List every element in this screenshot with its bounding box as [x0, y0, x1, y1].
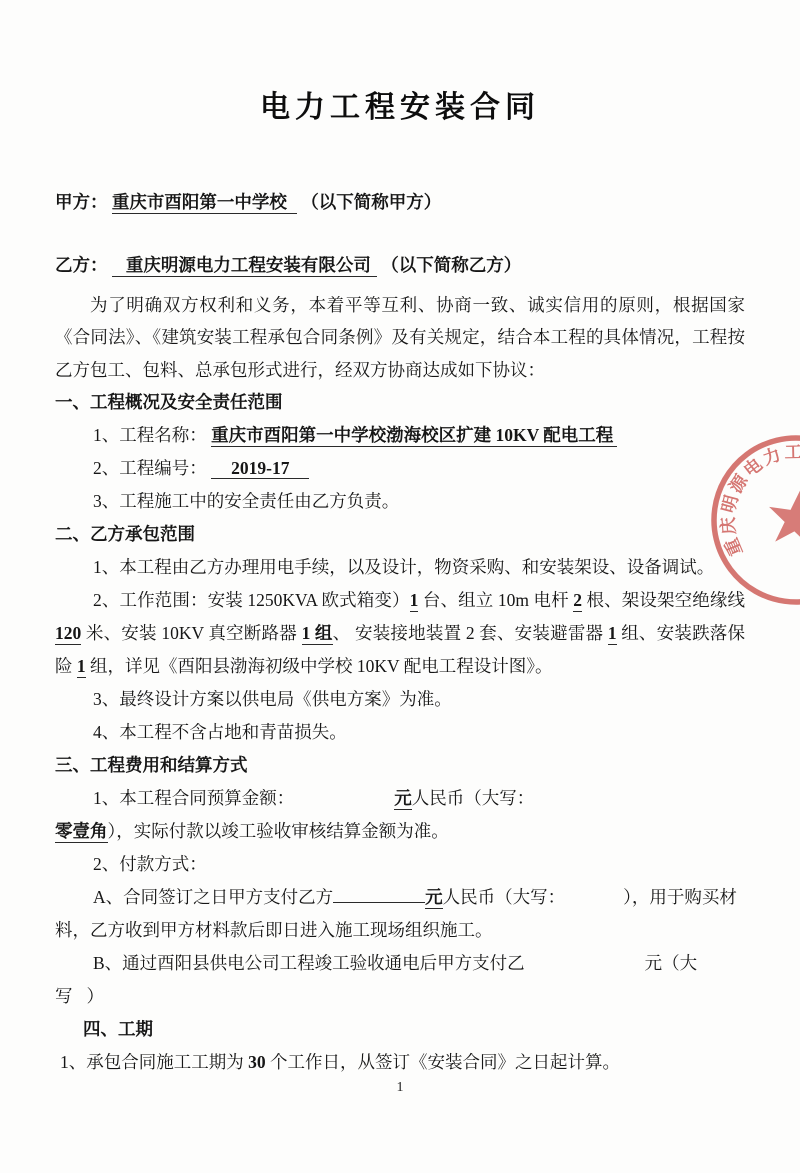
payment-b-line1: B、通过酉阳县供电公司工程竣工验收通电后甲方支付乙元（大: [55, 947, 745, 980]
company-seal-stamp: 重庆明源电力工程安装有限公司: [676, 400, 800, 640]
qty-wire-meters: 120: [55, 623, 81, 645]
work-scope-text: 米、安装 10KV 真空断路器: [81, 623, 301, 643]
payment-b-text: 元（大: [645, 953, 698, 973]
party-b-note: （以下简称乙方）: [381, 255, 521, 275]
party-a-note: （以下简称甲方）: [301, 192, 441, 212]
budget-text: 人民币（大写：: [412, 788, 535, 808]
qty-breaker: 1 组: [302, 623, 333, 645]
work-scope-text: 2、工作范围：安装 1250KVA 欧式箱变）: [93, 590, 410, 610]
section2-item3: 3、最终设计方案以供电局《供电方案》为准。: [55, 683, 745, 716]
settlement-text: ），实际付款以竣工验收审核结算金额为准。: [108, 821, 449, 841]
contract-page: 电力工程安装合同 甲方： 重庆市酉阳第一中学校 （以下简称甲方） 乙方： 重庆明…: [0, 0, 800, 1173]
amount-in-words: 零壹角: [55, 821, 108, 843]
party-a-label: 甲方：: [55, 192, 108, 212]
qty-arrester: 1: [608, 623, 617, 645]
project-name-value: 重庆市酉阳第一中学校渤海校区扩建 10KV 配电工程: [211, 425, 617, 447]
party-b-label: 乙方：: [55, 255, 108, 275]
section1-item1: 1、工程名称： 重庆市酉阳第一中学校渤海校区扩建 10KV 配电工程: [55, 419, 745, 452]
payment-a-text: A、合同签订之日甲方支付乙方: [93, 887, 333, 907]
item-label: 1、工程名称：: [93, 425, 207, 445]
payment-b-text: B、通过酉阳县供电公司工程竣工验收通电后甲方支付乙: [93, 953, 525, 973]
section2-item2: 2、工作范围：安装 1250KVA 欧式箱变）1 台、组立 10m 电杆 2 根…: [55, 584, 745, 683]
payment-a-text: 人民币（大写：: [443, 887, 566, 907]
duration-text: 个工作日，从签订《安装合同》之日起计算。: [266, 1052, 620, 1072]
payment-a-line2: 料，乙方收到甲方材料款后即日进入施工现场组织施工。: [55, 914, 745, 947]
payment-b-line2: 写）: [55, 980, 745, 1013]
section2-item4: 4、本工程不含占地和青苗损失。: [55, 716, 745, 749]
party-b-line: 乙方： 重庆明源电力工程安装有限公司 （以下简称乙方）: [55, 249, 745, 282]
currency-unit: 元: [425, 887, 443, 909]
page-number: 1: [0, 1080, 800, 1096]
star-icon: [764, 486, 800, 548]
payment-b-amount-blank: [525, 951, 645, 969]
duration-days: 30: [248, 1052, 266, 1072]
budget-amount-blank: [294, 786, 394, 804]
payment-b-text: ）: [87, 986, 105, 1006]
section4-heading: 四、工期: [55, 1013, 745, 1046]
contract-title: 电力工程安装合同: [55, 86, 745, 130]
qty-poles: 2: [573, 590, 582, 612]
party-b-name: 重庆明源电力工程安装有限公司: [112, 255, 377, 277]
currency-unit: 元: [394, 788, 412, 810]
section1-item2: 2、工程编号： 2019-17: [55, 452, 745, 485]
payment-b-text: 写: [55, 986, 73, 1006]
payment-a-amount-blank: [333, 884, 425, 903]
party-a-name: 重庆市酉阳第一中学校: [112, 192, 297, 214]
preamble-paragraph: 为了明确双方权利和义务，本着平等互利、协商一致、诚实信用的原则，根据国家《合同法…: [55, 289, 745, 386]
budget-label: 1、本工程合同预算金额：: [93, 788, 294, 808]
section3-heading: 三、工程费用和结算方式: [55, 749, 745, 782]
section2-heading: 二、乙方承包范围: [55, 518, 745, 551]
section1-heading: 一、工程概况及安全责任范围: [55, 386, 745, 419]
payment-a-line1: A、合同签订之日甲方支付乙方元人民币（大写：），用于购买材: [55, 881, 745, 914]
section3-item2: 2、付款方式：: [55, 848, 745, 881]
party-a-line: 甲方： 重庆市酉阳第一中学校 （以下简称甲方）: [55, 186, 745, 219]
section3-item1-line2: 零壹角），实际付款以竣工验收审核结算金额为准。: [55, 815, 745, 848]
section3-item1-line1: 1、本工程合同预算金额：元人民币（大写：: [55, 782, 745, 815]
project-number-value: 2019-17: [211, 458, 309, 479]
work-scope-text: 台、组立 10m 电杆: [418, 590, 573, 610]
section4-item1: 1、承包合同施工工期为 30 个工作日，从签订《安装合同》之日起计算。: [55, 1046, 745, 1079]
payment-a-text: ），用于购买材: [623, 887, 737, 907]
section2-item1: 1、本工程由乙方办理用电手续，以及设计，物资采购、和安装架设、设备调试。: [55, 551, 745, 584]
qty-fuse: 1: [77, 656, 86, 678]
small-gap: [73, 984, 87, 1002]
payment-a-words-blank: [565, 885, 623, 903]
item-label: 2、工程编号：: [93, 458, 207, 478]
section1-item3: 3、工程施工中的安全责任由乙方负责。: [55, 485, 745, 518]
work-scope-text: 、 安装接地装置 2 套、安装避雷器: [333, 623, 608, 643]
duration-text: 1、承包合同施工工期为: [60, 1052, 248, 1072]
work-scope-text: 组，详见《酉阳县渤海初级中学校 10KV 配电工程设计图》。: [86, 656, 553, 676]
contract-content: 电力工程安装合同 甲方： 重庆市酉阳第一中学校 （以下简称甲方） 乙方： 重庆明…: [55, 0, 745, 1079]
